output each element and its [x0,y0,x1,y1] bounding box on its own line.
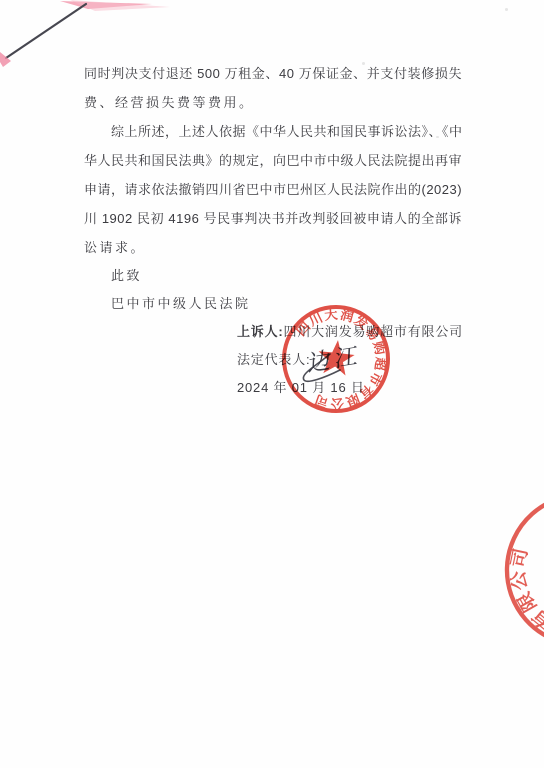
partial-company-seal: 四川大润发易购超市有限公司 [481,469,544,671]
appellant-label: 上诉人: [237,324,284,339]
pink-smudge-small [0,52,11,67]
handwritten-signature: 边江 [307,336,362,378]
body-line-4: 华人民共和国民法典》的规定，向巴中市中级人民法院提出再审 [84,151,462,170]
crease-line [6,4,86,58]
closing-salute: 此致 [111,266,142,285]
addressee-court: 巴中市中级人民法院 [111,294,251,313]
body-line-7: 讼请求。 [84,238,146,257]
scan-speck [505,8,508,11]
seal-company-name: 四川大润发易购超市有限公司 [495,497,544,666]
date-line: 2024 年 01 月 16 日 [237,378,365,397]
pink-smudge-light [70,0,170,11]
body-line-2: 费、经营损失费等费用。 [84,93,255,112]
legal-rep-label: 法定代表人: [237,352,310,367]
pink-smudge [60,1,152,9]
body-line-5: 申请，请求依法撤销四川省巴中市巴州区人民法院作出的(2023) [84,180,462,199]
body-line-6: 川 1902 民初 4196 号民事判决书并改判驳回被申请人的全部诉 [84,209,462,228]
seal-ring [486,474,544,666]
body-line-1: 同时判决支付退还 500 万租金、40 万保证金、并支付装修损失 [84,64,462,83]
svg-text:四川大润发易购超市有限公司: 四川大润发易购超市有限公司 [495,497,544,666]
body-line-3: 综上所述，上述人依据《中华人民共和国民事诉讼法》、《中 [84,122,462,141]
document-page: 同时判决支付退还 500 万租金、40 万保证金、并支付装修损失 费、经营损失费… [0,0,544,768]
legal-rep-line: 法定代表人: [237,350,310,369]
appellant-name: 四川大润发易购超市有限公司 [284,324,463,339]
